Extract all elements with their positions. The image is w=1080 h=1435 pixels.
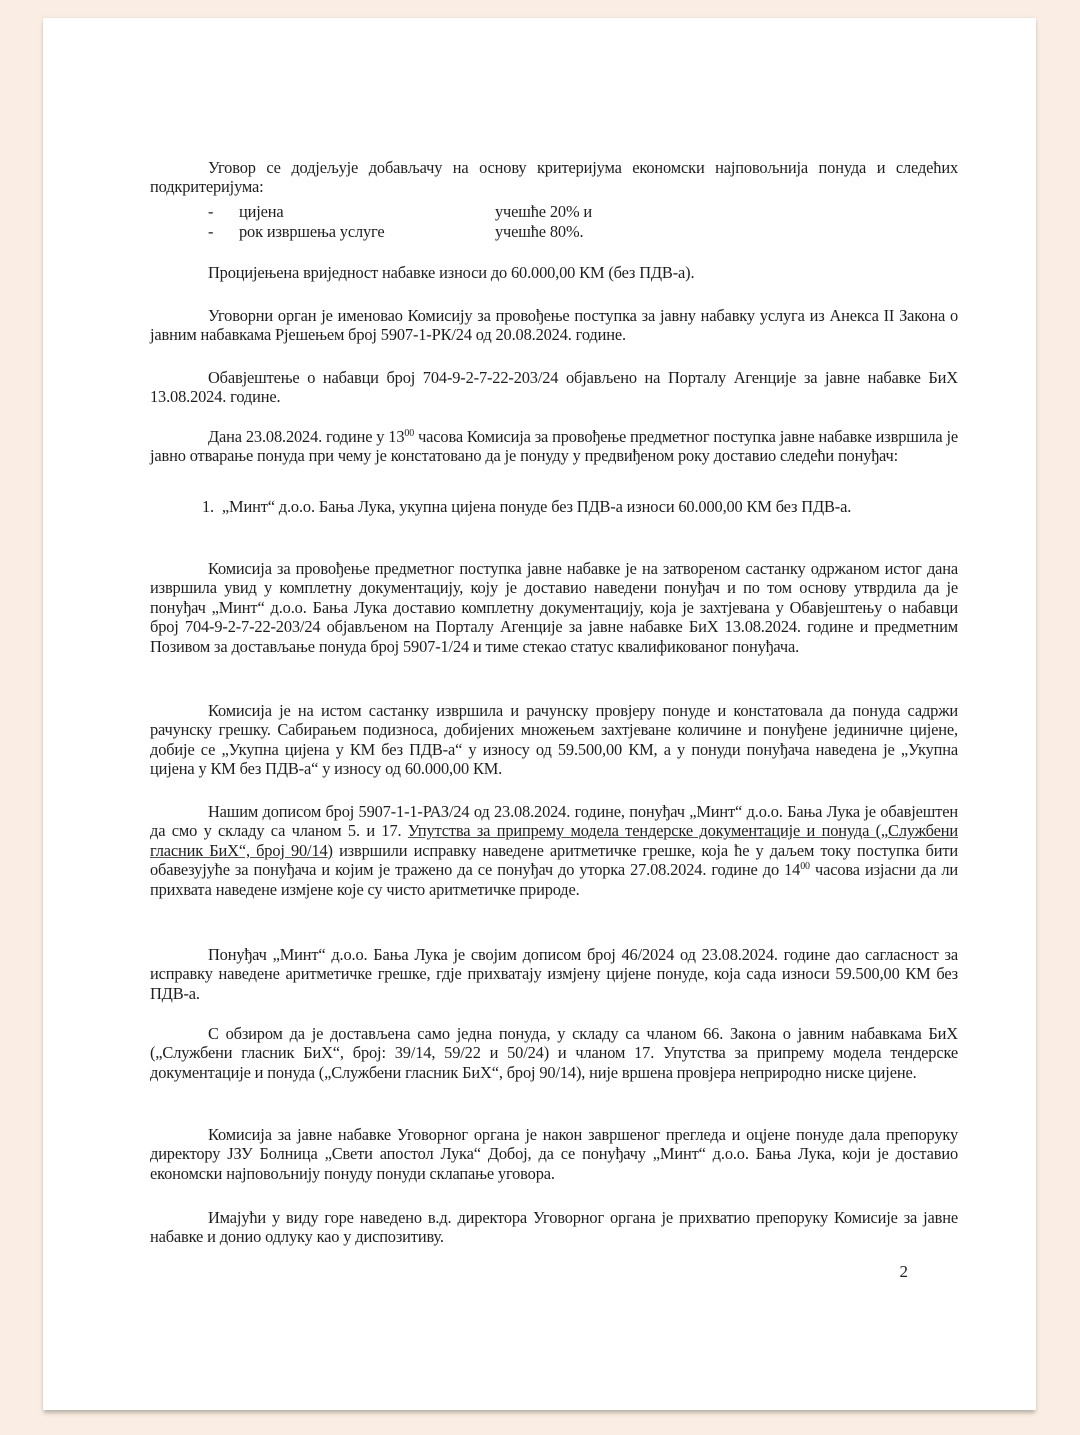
paragraph-commission-appointment: Уговорни орган је именовао Комисију за п… — [150, 306, 958, 345]
page-number: 2 — [900, 1262, 909, 1282]
subcriteria-item: - цијена учешће 20% и — [208, 202, 808, 222]
subcriteria-name: цијена — [239, 202, 495, 221]
text-span: Дана 23.08.2024. године у 13 — [208, 427, 404, 446]
paragraph-correction-letter: Нашим дописом број 5907-1-1-РАЗ/24 од 23… — [150, 802, 958, 899]
paragraph-award-criteria: Уговор се додјељује добављачу на основу … — [150, 158, 958, 197]
subcriteria-list: - цијена учешће 20% и - рок извршења усл… — [208, 202, 808, 242]
document-page: Уговор се додјељује добављачу на основу … — [43, 18, 1036, 1410]
subcriteria-weight: учешће 20% и — [495, 202, 592, 221]
paragraph-bid-opening: Дана 23.08.2024. године у 1300 часова Ко… — [150, 427, 958, 466]
bidder-list-item: 1. „Минт“ д.о.о. Бања Лука, укупна цијен… — [202, 497, 981, 516]
paragraph-arithmetic-check: Комисија је на истом састанку извршила и… — [150, 701, 958, 779]
paragraph-procurement-notice: Обавјештење о набавци број 704-9-2-7-22-… — [150, 368, 958, 407]
superscript: 00 — [800, 861, 810, 872]
list-number: 1. — [202, 497, 214, 516]
bullet-dash: - — [208, 222, 239, 241]
paragraph-recommendation: Комисија за јавне набавке Уговорног орга… — [150, 1125, 958, 1183]
superscript: 00 — [404, 428, 414, 439]
subcriteria-name: рок извршења услуге — [239, 222, 495, 241]
paragraph-documentation-review: Комисија за провођење предметног поступк… — [150, 559, 958, 656]
paragraph-single-bid: С обзиром да је достављена само једна по… — [150, 1024, 958, 1082]
paragraph-decision: Имајући у виду горе наведено в.д. директ… — [150, 1208, 958, 1247]
subcriteria-weight: учешће 80%. — [495, 222, 583, 241]
paragraph-estimated-value: Процијењена вриједност набавке износи до… — [150, 263, 958, 282]
bidder-text: „Минт“ д.о.о. Бања Лука, укупна цијена п… — [222, 497, 851, 516]
subcriteria-item: - рок извршења услуге учешће 80%. — [208, 222, 808, 242]
paragraph-bidder-consent: Понуђач „Минт“ д.о.о. Бања Лука је своји… — [150, 945, 958, 1003]
bullet-dash: - — [208, 202, 239, 221]
